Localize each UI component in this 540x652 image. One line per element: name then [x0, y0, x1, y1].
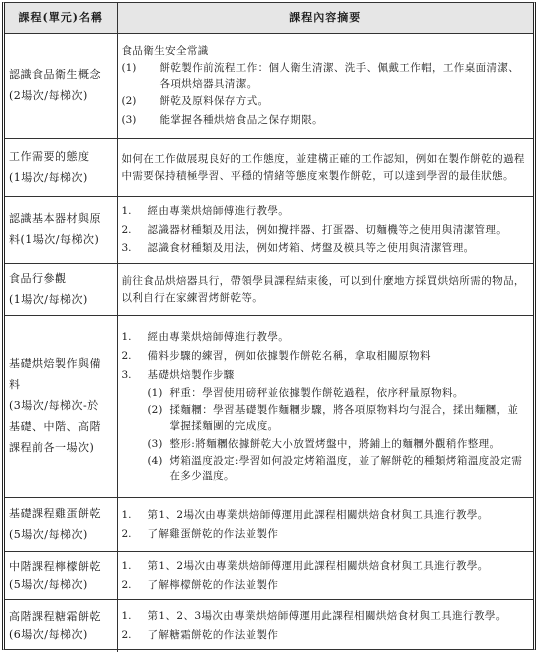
course-name: 中階課程檸檬餅乾: [9, 558, 113, 576]
course-summary-cell: 1.第1、2場次由專業烘焙師傅運用此課程相關烘焙食材與工具進行教學。 2.了解雞…: [117, 498, 533, 552]
list-item: 2.了解檸檬餅乾的作法並製作: [122, 576, 530, 595]
course-sessions: (5場次/每梯次): [9, 576, 113, 594]
summary-intro: 食品衛生安全常識: [122, 42, 530, 61]
header-course-name: 課程(單元)名稱: [5, 3, 117, 34]
sub-list-item: (1)秤重：學習使用磅秤並依據製作餅乾過程，依序秤量原物料。: [122, 384, 530, 403]
course-sessions: (3場次/每梯次-於: [9, 396, 113, 417]
course-name: 認識基本器材與原: [9, 209, 113, 230]
list-item: 2.了解糖霜餅乾的作法並製作: [122, 626, 530, 645]
table-row: 基礎課程雞蛋餅乾 (5場次/每梯次) 1.第1、2場次由專業烘焙師傅運用此課程相…: [5, 498, 533, 552]
list-item: 1.第1、2場次由專業烘焙師傅運用此課程相關烘焙食材與工具進行教學。: [122, 506, 530, 525]
list-item: 2.認識器材種類及用法，例如攪拌器、打蛋器、切麵機等之使用與清潔管理。: [122, 221, 530, 240]
course-summary-cell: 如何在工作做展現良好的工作態度，並建構正確的工作認知，例如在製作餅乾的過程中需要…: [117, 139, 533, 197]
course-sessions: (6場次/每梯次): [9, 626, 113, 644]
course-name: 基礎課程雞蛋餅乾: [9, 504, 113, 525]
summary-paragraph: 前往食品烘焙器具行，帶領學員課程結束後，可以到什麼地方採買烘焙所需的物品，以利自…: [122, 273, 530, 307]
course-name-cell: 中階課程檸檬餅乾 (5場次/每梯次): [5, 552, 117, 600]
list-item: 2.備料步驟的練習，例如依據製作餅乾名稱，拿取相關原物料: [122, 347, 530, 366]
table-row: 認識基本器材與原 料(1場次/每梯次) 1.經由專業烘焙師傅進行教學。 2.認識…: [5, 197, 533, 264]
course-sessions: 課程前各一場次): [9, 438, 113, 459]
course-name-cell: 工作需要的態度 (1場次/每梯次): [5, 139, 117, 197]
course-sessions: (5場次/每梯次): [9, 525, 113, 546]
list-item: 1.第1、2場次由專業烘焙師傅運用此課程相關烘焙食材與工具進行教學。: [122, 557, 530, 576]
list-item: 2.了解雞蛋餅乾的作法並製作: [122, 525, 530, 544]
course-name: 高階課程糖霜餅乾: [9, 608, 113, 626]
sub-list-item: (3)整形:將麵糰依據餅乾大小放置烤盤中，將鋪上的麵糰外觀稍作整理。: [122, 435, 530, 454]
table-row: 食品行參觀 (1場次/每梯次) 前往食品烘焙器具行，帶領學員課程結束後，可以到什…: [5, 264, 533, 316]
course-name: 食品行參觀: [9, 269, 113, 290]
summary-paragraph: 如何在工作做展現良好的工作態度，並建構正確的工作認知，例如在製作餅乾的過程中需要…: [122, 151, 530, 185]
list-item: 1.經由專業烘焙師傅進行教學。: [122, 328, 530, 347]
list-item: 1.經由專業烘焙師傅進行教學。: [122, 202, 530, 221]
table-row: 高階課程糖霜餅乾 (6場次/每梯次) 1.第1、2、3場次由專業烘焙師傅運用此課…: [5, 600, 533, 652]
course-name-cell: 高階課程糖霜餅乾 (6場次/每梯次): [5, 600, 117, 652]
list-item: 3.認識食材種類及用法，例如烤箱、烤盤及模具等之使用與清潔管理。: [122, 239, 530, 258]
course-name-cell: 食品行參觀 (1場次/每梯次): [5, 264, 117, 316]
list-item: (1)餅乾製作前流程工作：個人衛生清潔、洗手、佩戴工作帽，工作桌面清潔、各項烘焙…: [122, 61, 530, 93]
list-item: (3)能掌握各種烘焙食品之保存期限。: [122, 111, 530, 130]
course-summary-cell: 1.經由專業烘焙師傅進行教學。 2.認識器材種類及用法，例如攪拌器、打蛋器、切麵…: [117, 197, 533, 264]
course-sessions: (1場次/每梯次): [9, 168, 113, 189]
course-summary-cell: 食品衛生安全常識 (1)餅乾製作前流程工作：個人衛生清潔、洗手、佩戴工作帽，工作…: [117, 34, 533, 139]
sub-list-item: (4)烤箱溫度設定:學習如何設定烤箱溫度，並了解餅乾的種類烤箱溫度設定需在多少溫…: [122, 454, 530, 486]
list-item: (2)餅乾及原料保存方式。: [122, 92, 530, 111]
course-summary-cell: 1.第1、2、3場次由專業烘焙師傅運用此課程相關烘焙食材與工具進行教學。 2.了…: [117, 600, 533, 652]
course-name-cell: 基礎烘焙製作與備 料 (3場次/每梯次-於 基礎、中階、高階 課程前各一場次): [5, 316, 117, 498]
list-item: 3.基礎烘焙製作步驟: [122, 366, 530, 385]
course-name-cell: 認識食品衛生概念 (2場次/每梯次): [5, 34, 117, 139]
course-sessions: (2場次/每梯次): [9, 86, 113, 107]
sub-list-item: (2)揉麵糰：學習基礎製作麵糰步驟，將各項原物料均勻混合，揉出麵糰，並掌握揉麵團…: [122, 403, 530, 435]
course-name: 認識食品衛生概念: [9, 65, 113, 86]
course-table: 課程(單元)名稱 課程內容摘要 認識食品衛生概念 (2場次/每梯次) 食品衛生安…: [5, 3, 533, 652]
course-sessions: 基礎、中階、高階: [9, 417, 113, 438]
course-table-container: 課程(單元)名稱 課程內容摘要 認識食品衛生概念 (2場次/每梯次) 食品衛生安…: [2, 2, 536, 650]
table-row: 中階課程檸檬餅乾 (5場次/每梯次) 1.第1、2場次由專業烘焙師傅運用此課程相…: [5, 552, 533, 600]
course-summary-cell: 1.第1、2場次由專業烘焙師傅運用此課程相關烘焙食材與工具進行教學。 2.了解檸…: [117, 552, 533, 600]
table-row: 工作需要的態度 (1場次/每梯次) 如何在工作做展現良好的工作態度，並建構正確的…: [5, 139, 533, 197]
course-name-cell: 基礎課程雞蛋餅乾 (5場次/每梯次): [5, 498, 117, 552]
course-name: 料: [9, 375, 113, 396]
course-summary-cell: 前往食品烘焙器具行，帶領學員課程結束後，可以到什麼地方採買烘焙所需的物品，以利自…: [117, 264, 533, 316]
header-row: 課程(單元)名稱 課程內容摘要: [5, 3, 533, 34]
course-sessions: (1場次/每梯次): [9, 290, 113, 311]
course-name-cell: 認識基本器材與原 料(1場次/每梯次): [5, 197, 117, 264]
course-name: 工作需要的態度: [9, 147, 113, 168]
course-summary-cell: 1.經由專業烘焙師傅進行教學。 2.備料步驟的練習，例如依據製作餅乾名稱，拿取相…: [117, 316, 533, 498]
course-name: 基礎烘焙製作與備: [9, 354, 113, 375]
header-course-summary: 課程內容摘要: [117, 3, 533, 34]
table-row: 認識食品衛生概念 (2場次/每梯次) 食品衛生安全常識 (1)餅乾製作前流程工作…: [5, 34, 533, 139]
course-sessions: 料(1場次/每梯次): [9, 230, 113, 251]
table-row: 基礎烘焙製作與備 料 (3場次/每梯次-於 基礎、中階、高階 課程前各一場次) …: [5, 316, 533, 498]
list-item: 1.第1、2、3場次由專業烘焙師傅運用此課程相關烘焙食材與工具進行教學。: [122, 607, 530, 626]
